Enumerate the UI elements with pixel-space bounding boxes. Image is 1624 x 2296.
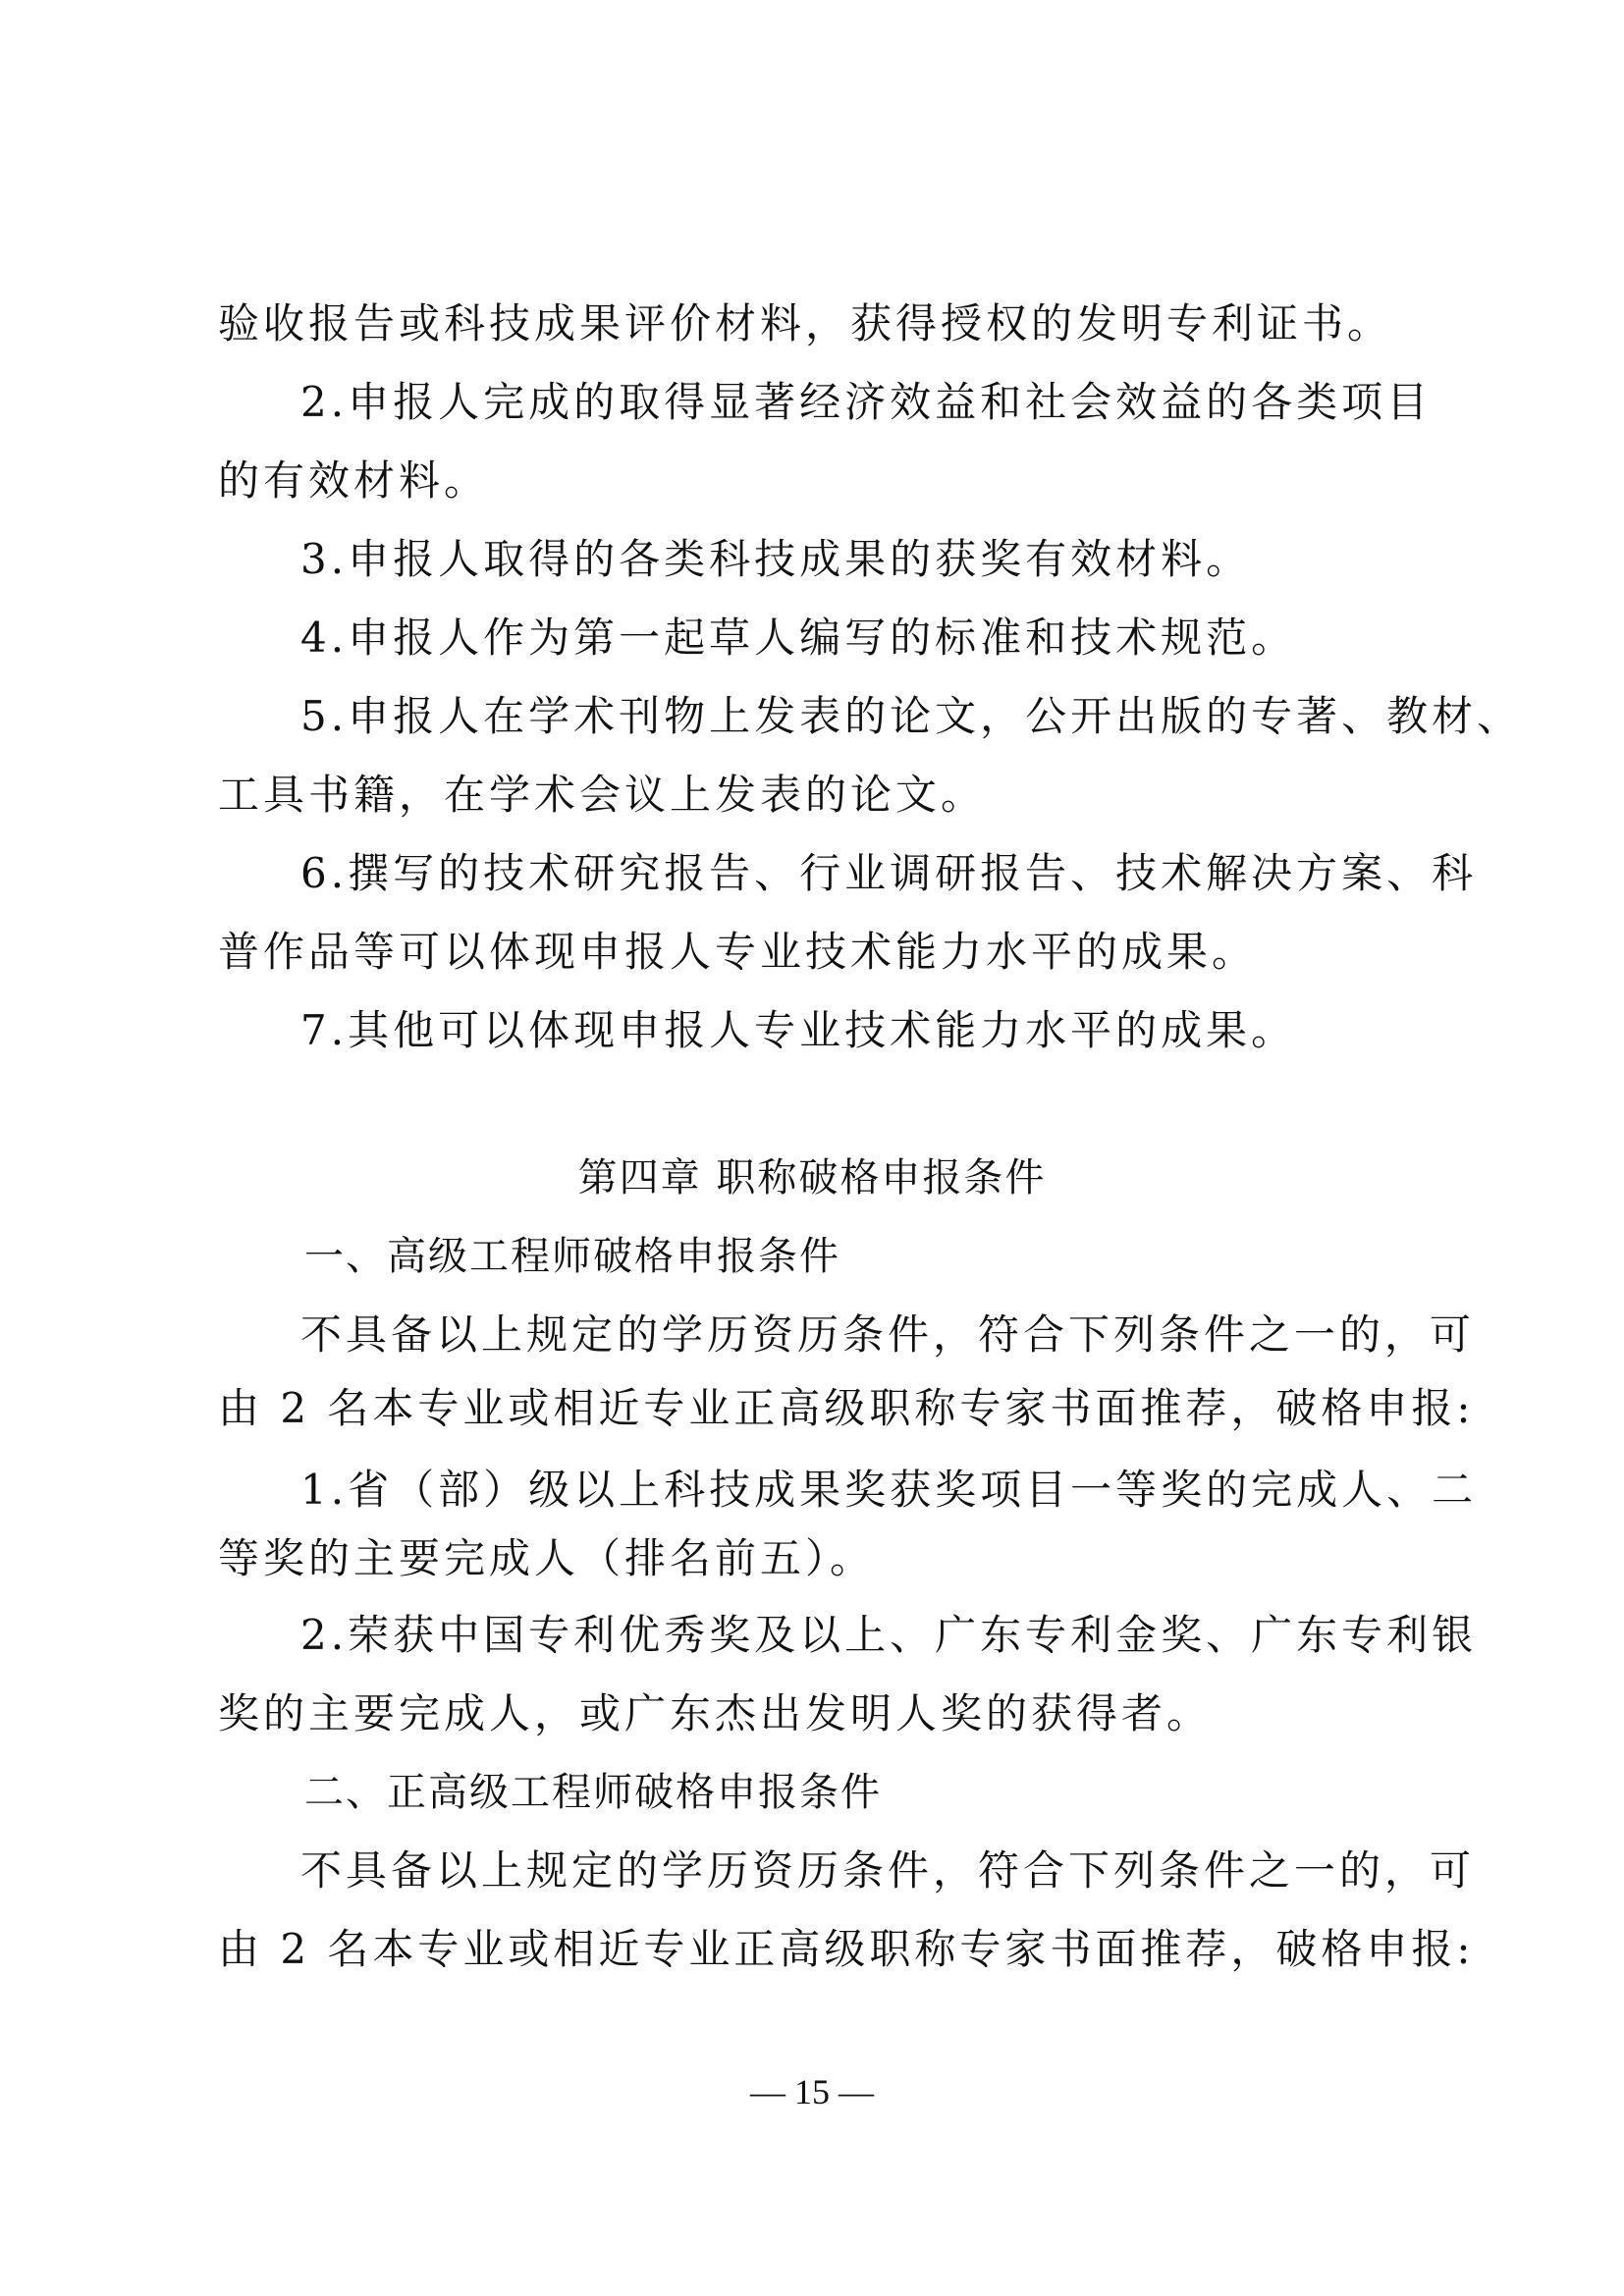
paragraph-line: 等奖的主要完成人（排名前五）。 — [218, 1529, 875, 1588]
chapter-title: 第四章 职称破格申报条件 — [0, 1148, 1624, 1207]
paragraph-line: 5.申报人在学术刊物上发表的论文，公开出版的专著、教材、 — [300, 687, 1522, 746]
paragraph-line: 6.撰写的技术研究报告、行业调研报告、技术解决方案、科 — [300, 844, 1477, 903]
paragraph-line: 的有效材料。 — [218, 452, 489, 510]
section-title: 一、高级工程师破格申报条件 — [304, 1227, 840, 1286]
paragraph-line: 4.申报人作为第一起草人编写的标准和技术规范。 — [300, 609, 1296, 667]
section-title: 二、正高级工程师破格申报条件 — [304, 1763, 882, 1822]
paragraph-line: 7.其他可以体现申报人专业技术能力水平的成果。 — [300, 1001, 1296, 1060]
paragraph-line: 普作品等可以体现申报人专业技术能力水平的成果。 — [218, 923, 1257, 982]
paragraph-line: 验收报告或科技成果评价材料，获得授权的发明专利证书。 — [218, 294, 1392, 353]
paragraph-line: 不具备以上规定的学历资历条件，符合下列条件之一的，可 — [300, 1842, 1475, 1900]
paragraph-line: 1.省（部）级以上科技成果奖获奖项目一等奖的完成人、二 — [300, 1461, 1477, 1520]
paragraph-line: 3.申报人取得的各类科技成果的获奖有效材料。 — [300, 530, 1251, 589]
paragraph-line: 由 2 名本专业或相近专业正高级职称专家书面推荐，破格申报: — [218, 1379, 1475, 1438]
page-number: — 15 — — [0, 2071, 1624, 2112]
paragraph-line: 奖的主要完成人，或广东杰出发明人奖的获得者。 — [218, 1684, 1212, 1743]
paragraph-line: 2.荣获中国专利优秀奖及以上、广东专利金奖、广东专利银 — [300, 1606, 1477, 1665]
paragraph-line: 不具备以上规定的学历资历条件，符合下列条件之一的，可 — [300, 1306, 1475, 1364]
paragraph-line: 工具书籍，在学术会议上发表的论文。 — [218, 766, 986, 825]
paragraph-line: 2.申报人完成的取得显著经济效益和社会效益的各类项目 — [300, 373, 1432, 432]
paragraph-line: 由 2 名本专业或相近专业正高级职称专家书面推荐，破格申报: — [218, 1920, 1475, 1979]
